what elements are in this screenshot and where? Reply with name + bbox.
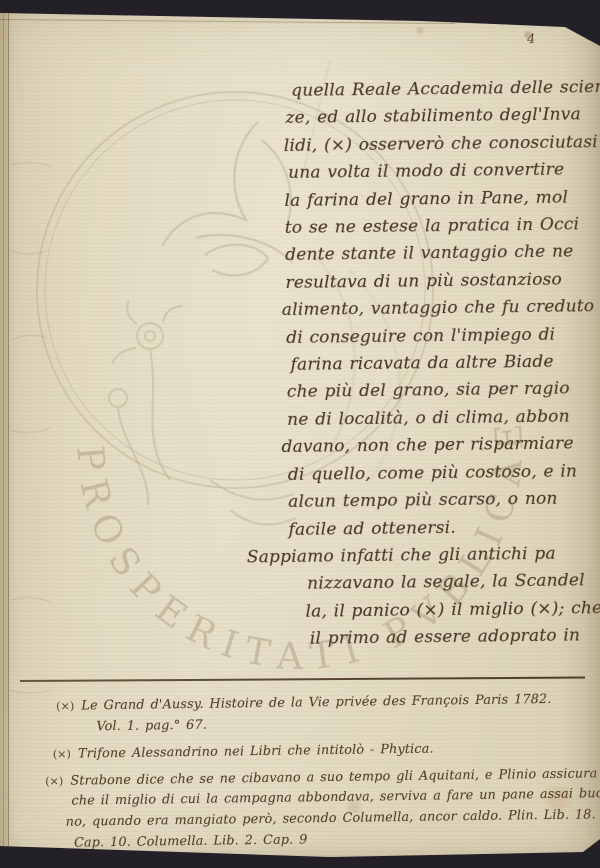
binding-gutter xyxy=(0,0,9,868)
footnote-marker: (×) xyxy=(53,748,71,761)
manuscript-line: ne di località, o di clima, abbon xyxy=(287,403,595,434)
manuscript-line: nizzavano la segale, la Scandel xyxy=(307,568,597,599)
manuscript-body: quella Reale Accademia delle scien ze, e… xyxy=(283,74,598,653)
manuscript-line: la farina del grano in Pane, mol xyxy=(284,184,592,215)
manuscript-line: dente stante il vantaggio che ne xyxy=(285,239,593,270)
manuscript-line: che più del grano, sia per ragio xyxy=(287,376,595,407)
manuscript-line: di conseguire con l'impiego di xyxy=(286,321,594,352)
manuscript-line: farina ricavata da altre Biade xyxy=(290,348,594,379)
manuscript-line: Sappiamo infatti che gli antichi pa xyxy=(247,540,597,572)
footnote-marker: (×) xyxy=(56,700,74,713)
ink-bleedthrough-marks xyxy=(10,60,330,693)
manuscript-line: davano, non che per risparmiare xyxy=(281,430,595,461)
footnotes: (×)Le Grand d'Aussy. Histoire de la Vie … xyxy=(44,689,598,854)
manuscript-line: resultava di un più sostanzioso xyxy=(285,266,593,297)
manuscript-line: alcun tempo più scarso, o non xyxy=(288,485,596,516)
page-number: 4 xyxy=(527,32,536,47)
manuscript-line: quella Reale Accademia delle scien xyxy=(291,74,591,105)
watermark-ornament-flowers xyxy=(109,300,296,524)
manuscript-line: ze, ed allo stabilimento degl'Inva xyxy=(285,102,591,133)
manuscript-line: to se ne estese la pratica in Occi xyxy=(285,211,593,242)
watermark-ornament-plumes xyxy=(162,122,292,275)
manuscript-line: il primo ad essere adoprato in xyxy=(310,622,598,653)
manuscript-line: alimento, vantaggio che fu creduto xyxy=(282,293,594,324)
footnote-text: Trifone Alessandrino nei Libri che intit… xyxy=(78,742,434,762)
manuscript-line: una volta il modo di convertire xyxy=(288,156,592,187)
manuscript-line: lidi, (×) osserverò che conosciutasi xyxy=(284,129,592,160)
fold-line xyxy=(3,0,4,868)
footnote-text: Le Grand d'Aussy. Histoire de la Vie pri… xyxy=(81,692,551,714)
manuscript-page: PROSPERITATI PVBLICAE xyxy=(0,0,600,868)
footnote-line: (×)Trifone Alessandrino nei Libri che in… xyxy=(53,737,597,765)
manuscript-line: facile ad ottenersi. xyxy=(288,513,596,544)
top-crease-line xyxy=(0,19,455,24)
manuscript-line: di quello, come più costoso, e in xyxy=(288,458,596,489)
footnote-marker: (×) xyxy=(45,775,63,788)
footnote-divider xyxy=(20,677,585,682)
manuscript-line: la, il panico (×) il miglio (×); che xyxy=(305,595,597,626)
